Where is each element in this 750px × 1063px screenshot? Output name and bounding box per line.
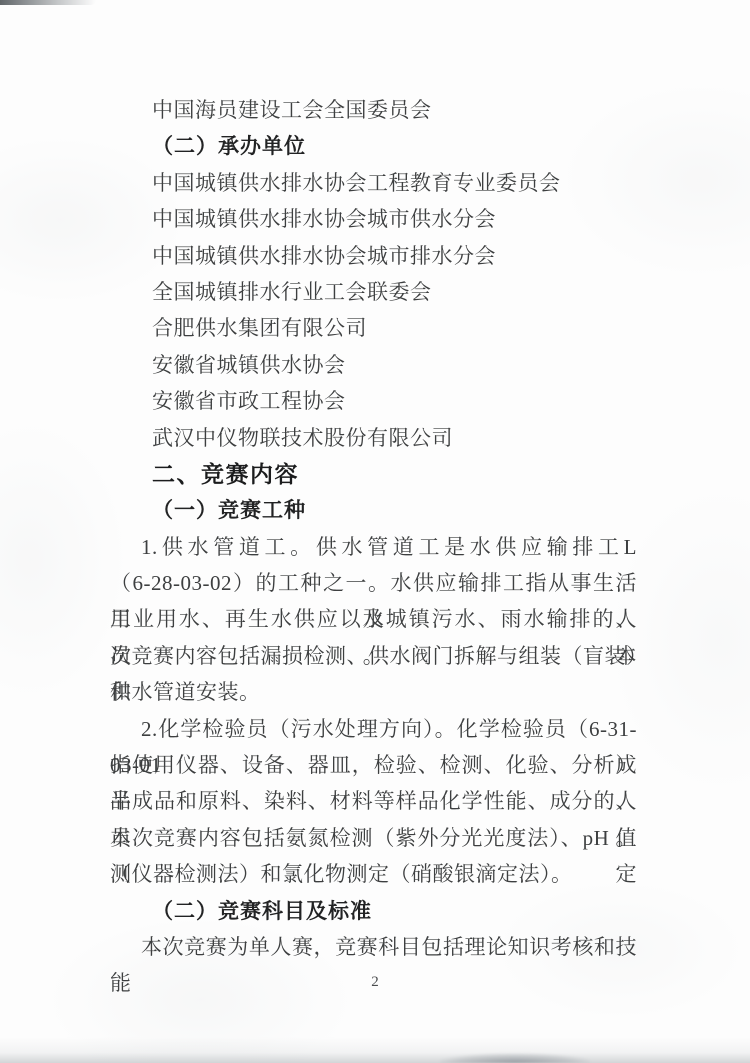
paragraph-line: 工业用水、再生水供应以及城镇污水、雨水输排的人员。本 xyxy=(110,601,637,637)
org-list-item: 安徽省市政工程协会 xyxy=(110,383,637,419)
heading-competition-subjects: （二）竞赛科目及标准 xyxy=(110,893,637,929)
paragraph-line: 本次竞赛内容包括氨氮检测（紫外分光光度法）、pH 值测定 xyxy=(110,820,637,856)
bottom-scan-shadow xyxy=(0,1037,750,1063)
paragraph-line: 次竞赛内容包括漏损检测、供水阀门拆解与组装（盲装）和 xyxy=(110,638,637,674)
paragraph-line: （仪器检测法）和氯化物测定（硝酸银滴定法）。 xyxy=(110,856,637,892)
heading-competition-content: 二、竞赛内容 xyxy=(110,456,637,492)
paragraph-line: 指使用仪器、设备、器皿，检验、检测、化验、分析成品、 xyxy=(110,747,637,783)
paragraph-line: 供水管道安装。 xyxy=(110,674,637,710)
paragraph-line: （6-28-03-02）的工种之一。水供应输排工指从事生活用水、 xyxy=(110,565,637,601)
page-number: 2 xyxy=(0,974,750,991)
heading-competition-trades: （一）竞赛工种 xyxy=(110,492,637,528)
document-page-body: 中国海员建设工会全国委员会 （二）承办单位 中国城镇供水排水协会工程教育专业委员… xyxy=(110,92,637,965)
paragraph-line: 本次竞赛为单人赛，竞赛科目包括理论知识考核和技能 xyxy=(110,929,637,965)
paragraph-line: 2.化学检验员（污水处理方向）。化学检验员（6-31-03-01） xyxy=(110,711,637,747)
bottom-scan-smudge xyxy=(440,1053,590,1063)
org-list-item: 中国城镇供水排水协会城市供水分会 xyxy=(110,201,637,237)
org-list-item: 合肥供水集团有限公司 xyxy=(110,310,637,346)
heading-undertaking-units: （二）承办单位 xyxy=(110,128,637,164)
org-list-item: 安徽省城镇供水协会 xyxy=(110,347,637,383)
org-list-item: 中国海员建设工会全国委员会 xyxy=(110,92,637,128)
paragraph-line: 半成品和原料、染料、材料等样品化学性能、成分的人员。 xyxy=(110,783,637,819)
org-list-item: 全国城镇排水行业工会联委会 xyxy=(110,274,637,310)
org-list-item: 中国城镇供水排水协会城市排水分会 xyxy=(110,238,637,274)
scanner-edge-artifact xyxy=(0,0,96,5)
org-list-item: 中国城镇供水排水协会工程教育专业委员会 xyxy=(110,165,637,201)
org-list-item: 武汉中仪物联技术股份有限公司 xyxy=(110,420,637,456)
paragraph-line: 1.供水管道工。供水管道工是水供应输排工L xyxy=(110,529,637,565)
